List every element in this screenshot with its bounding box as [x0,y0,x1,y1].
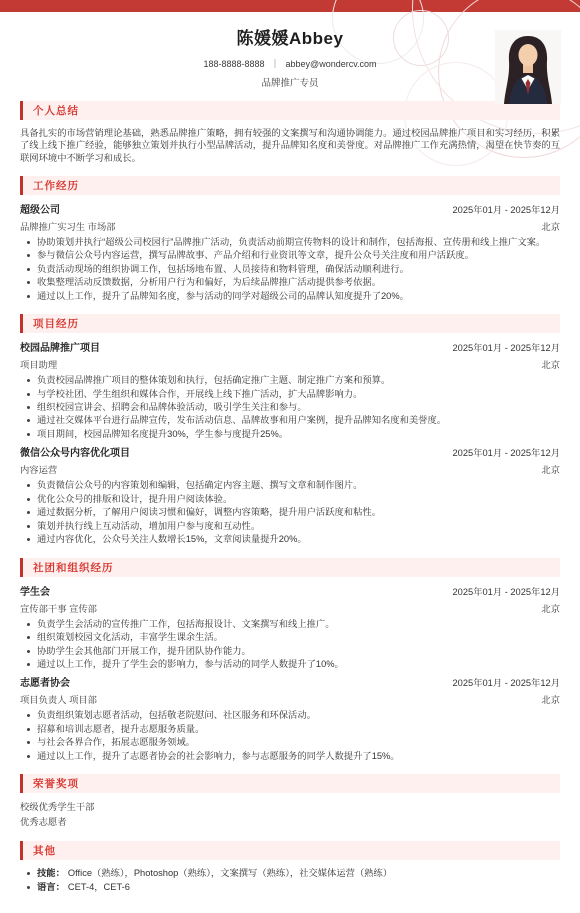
bullet-icon [27,741,30,744]
bullet-text: 组织策划校园文化活动，丰富学生课余生活。 [37,631,560,643]
bullet-icon [27,419,30,422]
bullet-list: 技能：Office（熟练），Photoshop（熟练），文案撰写（熟练），社交媒… [20,867,560,893]
role-title: 宣传部干事 宣传部 [20,603,97,616]
section-title: 工作经历 [33,178,79,193]
bullet-text: 负责微信公众号的内容策划和编辑，包括确定内容主题、撰写文章和制作图片。 [37,479,560,491]
bullet-item: 负责校园品牌推广项目的整体策划和执行，包括确定推广主题、制定推广方案和预算。 [20,374,560,386]
bullet-item: 负责组织策划志愿者活动，包括敬老院慰问、社区服务和环保活动。 [20,709,560,721]
experience-entry: 学生会2025年01月 - 2025年12月宣传部干事 宣传部北京负责学生会活动… [20,584,560,671]
bullet-icon [27,254,30,257]
bullet-item: 负责学生会活动的宣传推广工作，包括海报设计、文案撰写和线上推广。 [20,618,560,630]
bullet-icon [27,623,30,626]
section-header-other: 其他 [20,841,560,860]
section-accent-bar [20,314,23,333]
bullet-item: 通过以上工作，提升了志愿者协会的社会影响力，参与志愿服务的同学人数提升了15%。 [20,750,560,762]
bullet-item: 负责活动现场的组织协调工作，包括场地布置、人员接待和物料管理，确保活动顺利进行。 [20,263,560,275]
candidate-name: 陈媛媛Abbey [0,28,580,50]
bullet-text: 协助学生会其他部门开展工作，提升团队协作能力。 [37,645,560,657]
section-accent-bar [20,558,23,577]
phone-number: 188-8888-8888 [203,59,264,69]
section-projects: 项目经历校园品牌推广项目2025年01月 - 2025年12月项目助理北京负责校… [20,314,560,546]
bullet-text: 负责校园品牌推广项目的整体策划和执行，包括确定推广主题、制定推广方案和预算。 [37,374,560,386]
bullet-text: 优化公众号的排版和设计，提升用户阅读体验。 [37,493,560,505]
section-header-summary: 个人总结 [20,101,560,120]
bullet-icon [27,538,30,541]
bullet-list: 负责学生会活动的宣传推广工作，包括海报设计、文案撰写和线上推广。组织策划校园文化… [20,618,560,671]
section-honors: 荣誉奖项校级优秀学生干部优秀志愿者 [20,774,560,829]
role-title: 内容运营 [20,464,57,477]
contact-line: 188-8888-8888｜abbey@wondercv.com [0,57,580,70]
bullet-item: 招募和培训志愿者，提升志愿服务质量。 [20,723,560,735]
bullet-item: 通过社交媒体平台进行品牌宣传，发布活动信息、品牌故事和用户案例，提升品牌知名度和… [20,414,560,426]
bullet-label: 技能： [37,868,65,878]
bullet-icon [27,406,30,409]
bullet-text: 通过以上工作，提升了志愿者协会的社会影响力，参与志愿服务的同学人数提升了15%。 [37,750,560,762]
bullet-text: 参与微信公众号内容运营，撰写品牌故事、产品介绍和行业资讯等文章，提升公众号关注度… [37,249,560,261]
separator-bar: ｜ [271,59,280,69]
bullet-text: 通过内容优化，公众号关注人数增长15%，文章阅读量提升20%。 [37,533,560,545]
section-accent-bar [20,176,23,195]
bullet-list: 负责组织策划志愿者活动，包括敬老院慰问、社区服务和环保活动。招募和培训志愿者，提… [20,709,560,762]
experience-entry: 微信公众号内容优化项目2025年01月 - 2025年12月内容运营北京负责微信… [20,445,560,545]
bullet-text: 项目期间，校园品牌知名度提升30%，学生参与度提升25%。 [37,428,560,440]
bullet-item: 语言：CET-4，CET-6 [20,881,560,893]
bullet-text: 负责活动现场的组织协调工作，包括场地布置、人员接待和物料管理，确保活动顺利进行。 [37,263,560,275]
date-range: 2025年01月 - 2025年12月 [453,340,561,354]
entry-header-row: 学生会2025年01月 - 2025年12月 [20,584,560,600]
summary-paragraph: 具备扎实的市场营销理论基础，熟悉品牌推广策略，拥有较强的文案撰写和沟通协调能力。… [20,127,560,164]
experience-entry: 校园品牌推广项目2025年01月 - 2025年12月项目助理北京负责校园品牌推… [20,340,560,440]
section-title: 项目经历 [33,316,79,331]
bullet-icon [27,433,30,436]
bullet-icon [27,511,30,514]
location: 北京 [541,692,560,706]
sections-root: 个人总结具备扎实的市场营销理论基础，熟悉品牌推广策略，拥有较强的文案撰写和沟通协… [0,101,580,893]
section-organizations: 社团和组织经历学生会2025年01月 - 2025年12月宣传部干事 宣传部北京… [20,558,560,763]
bullet-label: 语言： [37,882,65,892]
bullet-icon [27,268,30,271]
bullet-item: 技能：Office（熟练），Photoshop（熟练），文案撰写（熟练），社交媒… [20,867,560,879]
section-header-honors: 荣誉奖项 [20,774,560,793]
entry-header-row: 微信公众号内容优化项目2025年01月 - 2025年12月 [20,445,560,461]
location: 北京 [541,219,560,233]
organization-name: 微信公众号内容优化项目 [20,447,130,461]
bullet-item: 协助学生会其他部门开展工作，提升团队协作能力。 [20,645,560,657]
date-range: 2025年01月 - 2025年12月 [453,445,561,459]
bullet-item: 与学校社团、学生组织和媒体合作，开展线上线下推广活动，扩大品牌影响力。 [20,388,560,400]
section-header-projects: 项目经历 [20,314,560,333]
date-range: 2025年01月 - 2025年12月 [453,675,561,689]
bullet-item: 通过内容优化，公众号关注人数增长15%，文章阅读量提升20%。 [20,533,560,545]
bullet-icon [27,636,30,639]
entry-header-row: 志愿者协会2025年01月 - 2025年12月 [20,675,560,691]
portrait-illustration [495,30,561,104]
bullet-icon [27,379,30,382]
bullet-text: 与学校社团、学生组织和媒体合作，开展线上线下推广活动，扩大品牌影响力。 [37,388,560,400]
bullet-icon [27,650,30,653]
top-accent-bar [0,0,580,12]
bullet-text: 通过以上工作，提升了品牌知名度，参与活动的同学对超级公司的品牌认知度提升了20%… [37,290,560,302]
resume-header: 陈媛媛Abbey 188-8888-8888｜abbey@wondercv.co… [0,12,580,89]
bullet-item: 优化公众号的排版和设计，提升用户阅读体验。 [20,493,560,505]
bullet-icon [27,714,30,717]
organization-name: 超级公司 [20,204,60,218]
bullet-text: 与社会各界合作，拓展志愿服务领域。 [37,736,560,748]
email-address: abbey@wondercv.com [286,59,377,69]
bullet-icon [27,484,30,487]
candidate-portrait-photo [495,30,561,104]
bullet-icon [27,241,30,244]
section-title: 荣誉奖项 [33,776,79,791]
role-title: 项目助理 [20,359,57,372]
bullet-item: 协助策划并执行“超级公司校园行”品牌推广活动，负责活动前期宣传物料的设计和制作，… [20,236,560,248]
section-summary: 个人总结具备扎实的市场营销理论基础，熟悉品牌推广策略，拥有较强的文案撰写和沟通协… [20,101,560,164]
bullet-item: 负责微信公众号的内容策划和编辑，包括确定内容主题、撰写文章和制作图片。 [20,479,560,491]
entry-subheader-row: 内容运营北京 [20,462,560,477]
bullet-text: 负责组织策划志愿者活动，包括敬老院慰问、社区服务和环保活动。 [37,709,560,721]
section-header-work: 工作经历 [20,176,560,195]
location: 北京 [541,462,560,476]
section-title: 社团和组织经历 [33,560,114,575]
role-title: 项目负责人 项目部 [20,694,97,707]
bullet-icon [27,525,30,528]
bullet-item: 组织策划校园文化活动，丰富学生课余生活。 [20,631,560,643]
bullet-text: 通过数据分析，了解用户阅读习惯和偏好，调整内容策略，提升用户活跃度和粘性。 [37,506,560,518]
bullet-icon [27,872,30,875]
job-title: 品牌推广专员 [0,75,580,89]
bullet-icon [27,663,30,666]
section-accent-bar [20,774,23,793]
bullet-list: 负责校园品牌推广项目的整体策划和执行，包括确定推广主题、制定推广方案和预算。与学… [20,374,560,440]
section-accent-bar [20,101,23,120]
date-range: 2025年01月 - 2025年12月 [453,584,561,598]
bullet-item: 组织校园宣讲会、招聘会和品牌体验活动，吸引学生关注和参与。 [20,401,560,413]
entry-subheader-row: 项目负责人 项目部北京 [20,692,560,707]
bullet-text: 招募和培训志愿者，提升志愿服务质量。 [37,723,560,735]
bullet-text: 语言：CET-4，CET-6 [37,881,560,893]
entry-subheader-row: 品牌推广实习生 市场部北京 [20,219,560,234]
bullet-text: 策划并执行线上互动活动，增加用户参与度和互动性。 [37,520,560,532]
bullet-text: 收集整理活动反馈数据，分析用户行为和偏好，为后续品牌推广活动提供参考依据。 [37,276,560,288]
honor-item: 优秀志愿者 [20,815,560,829]
date-range: 2025年01月 - 2025年12月 [453,202,561,216]
honor-item: 校级优秀学生干部 [20,800,560,814]
bullet-text: 协助策划并执行“超级公司校园行”品牌推广活动，负责活动前期宣传物料的设计和制作，… [37,236,560,248]
bullet-icon [27,728,30,731]
bullet-text: 组织校园宣讲会、招聘会和品牌体验活动，吸引学生关注和参与。 [37,401,560,413]
organization-name: 校园品牌推广项目 [20,342,100,356]
entry-header-row: 校园品牌推广项目2025年01月 - 2025年12月 [20,340,560,356]
bullet-list: 协助策划并执行“超级公司校园行”品牌推广活动，负责活动前期宣传物料的设计和制作，… [20,236,560,302]
section-accent-bar [20,841,23,860]
bullet-item: 通过以上工作，提升了学生会的影响力，参与活动的同学人数提升了10%。 [20,658,560,670]
bullet-item: 通过数据分析，了解用户阅读习惯和偏好，调整内容策略，提升用户活跃度和粘性。 [20,506,560,518]
bullet-icon [27,281,30,284]
entry-subheader-row: 项目助理北京 [20,357,560,372]
bullet-text: 通过以上工作，提升了学生会的影响力，参与活动的同学人数提升了10%。 [37,658,560,670]
section-other: 其他技能：Office（熟练），Photoshop（熟练），文案撰写（熟练），社… [20,841,560,893]
location: 北京 [541,601,560,615]
bullet-item: 参与微信公众号内容运营，撰写品牌故事、产品介绍和行业资讯等文章，提升公众号关注度… [20,249,560,261]
section-title: 个人总结 [33,103,79,118]
bullet-list: 负责微信公众号的内容策划和编辑，包括确定内容主题、撰写文章和制作图片。优化公众号… [20,479,560,545]
section-title: 其他 [33,843,56,858]
bullet-icon [27,755,30,758]
entry-subheader-row: 宣传部干事 宣传部北京 [20,601,560,616]
bullet-text: 负责学生会活动的宣传推广工作，包括海报设计、文案撰写和线上推广。 [37,618,560,630]
bullet-item: 项目期间，校园品牌知名度提升30%，学生参与度提升25%。 [20,428,560,440]
experience-entry: 超级公司2025年01月 - 2025年12月品牌推广实习生 市场部北京协助策划… [20,202,560,302]
bullet-icon [27,393,30,396]
organization-name: 志愿者协会 [20,677,70,691]
location: 北京 [541,357,560,371]
experience-entry: 志愿者协会2025年01月 - 2025年12月项目负责人 项目部北京负责组织策… [20,675,560,762]
section-work: 工作经历超级公司2025年01月 - 2025年12月品牌推广实习生 市场部北京… [20,176,560,302]
entry-header-row: 超级公司2025年01月 - 2025年12月 [20,202,560,218]
resume-page: 陈媛媛Abbey 188-8888-8888｜abbey@wondercv.co… [0,0,580,913]
bullet-item: 收集整理活动反馈数据，分析用户行为和偏好，为后续品牌推广活动提供参考依据。 [20,276,560,288]
organization-name: 学生会 [20,586,50,600]
section-header-organizations: 社团和组织经历 [20,558,560,577]
bullet-icon [27,498,30,501]
bullet-text: 技能：Office（熟练），Photoshop（熟练），文案撰写（熟练），社交媒… [37,867,560,879]
role-title: 品牌推广实习生 市场部 [20,221,116,234]
bullet-item: 通过以上工作，提升了品牌知名度，参与活动的同学对超级公司的品牌认知度提升了20%… [20,290,560,302]
bullet-text: 通过社交媒体平台进行品牌宣传，发布活动信息、品牌故事和用户案例，提升品牌知名度和… [37,414,560,426]
bullet-item: 与社会各界合作，拓展志愿服务领域。 [20,736,560,748]
bullet-icon [27,886,30,889]
bullet-icon [27,295,30,298]
bullet-item: 策划并执行线上互动活动，增加用户参与度和互动性。 [20,520,560,532]
